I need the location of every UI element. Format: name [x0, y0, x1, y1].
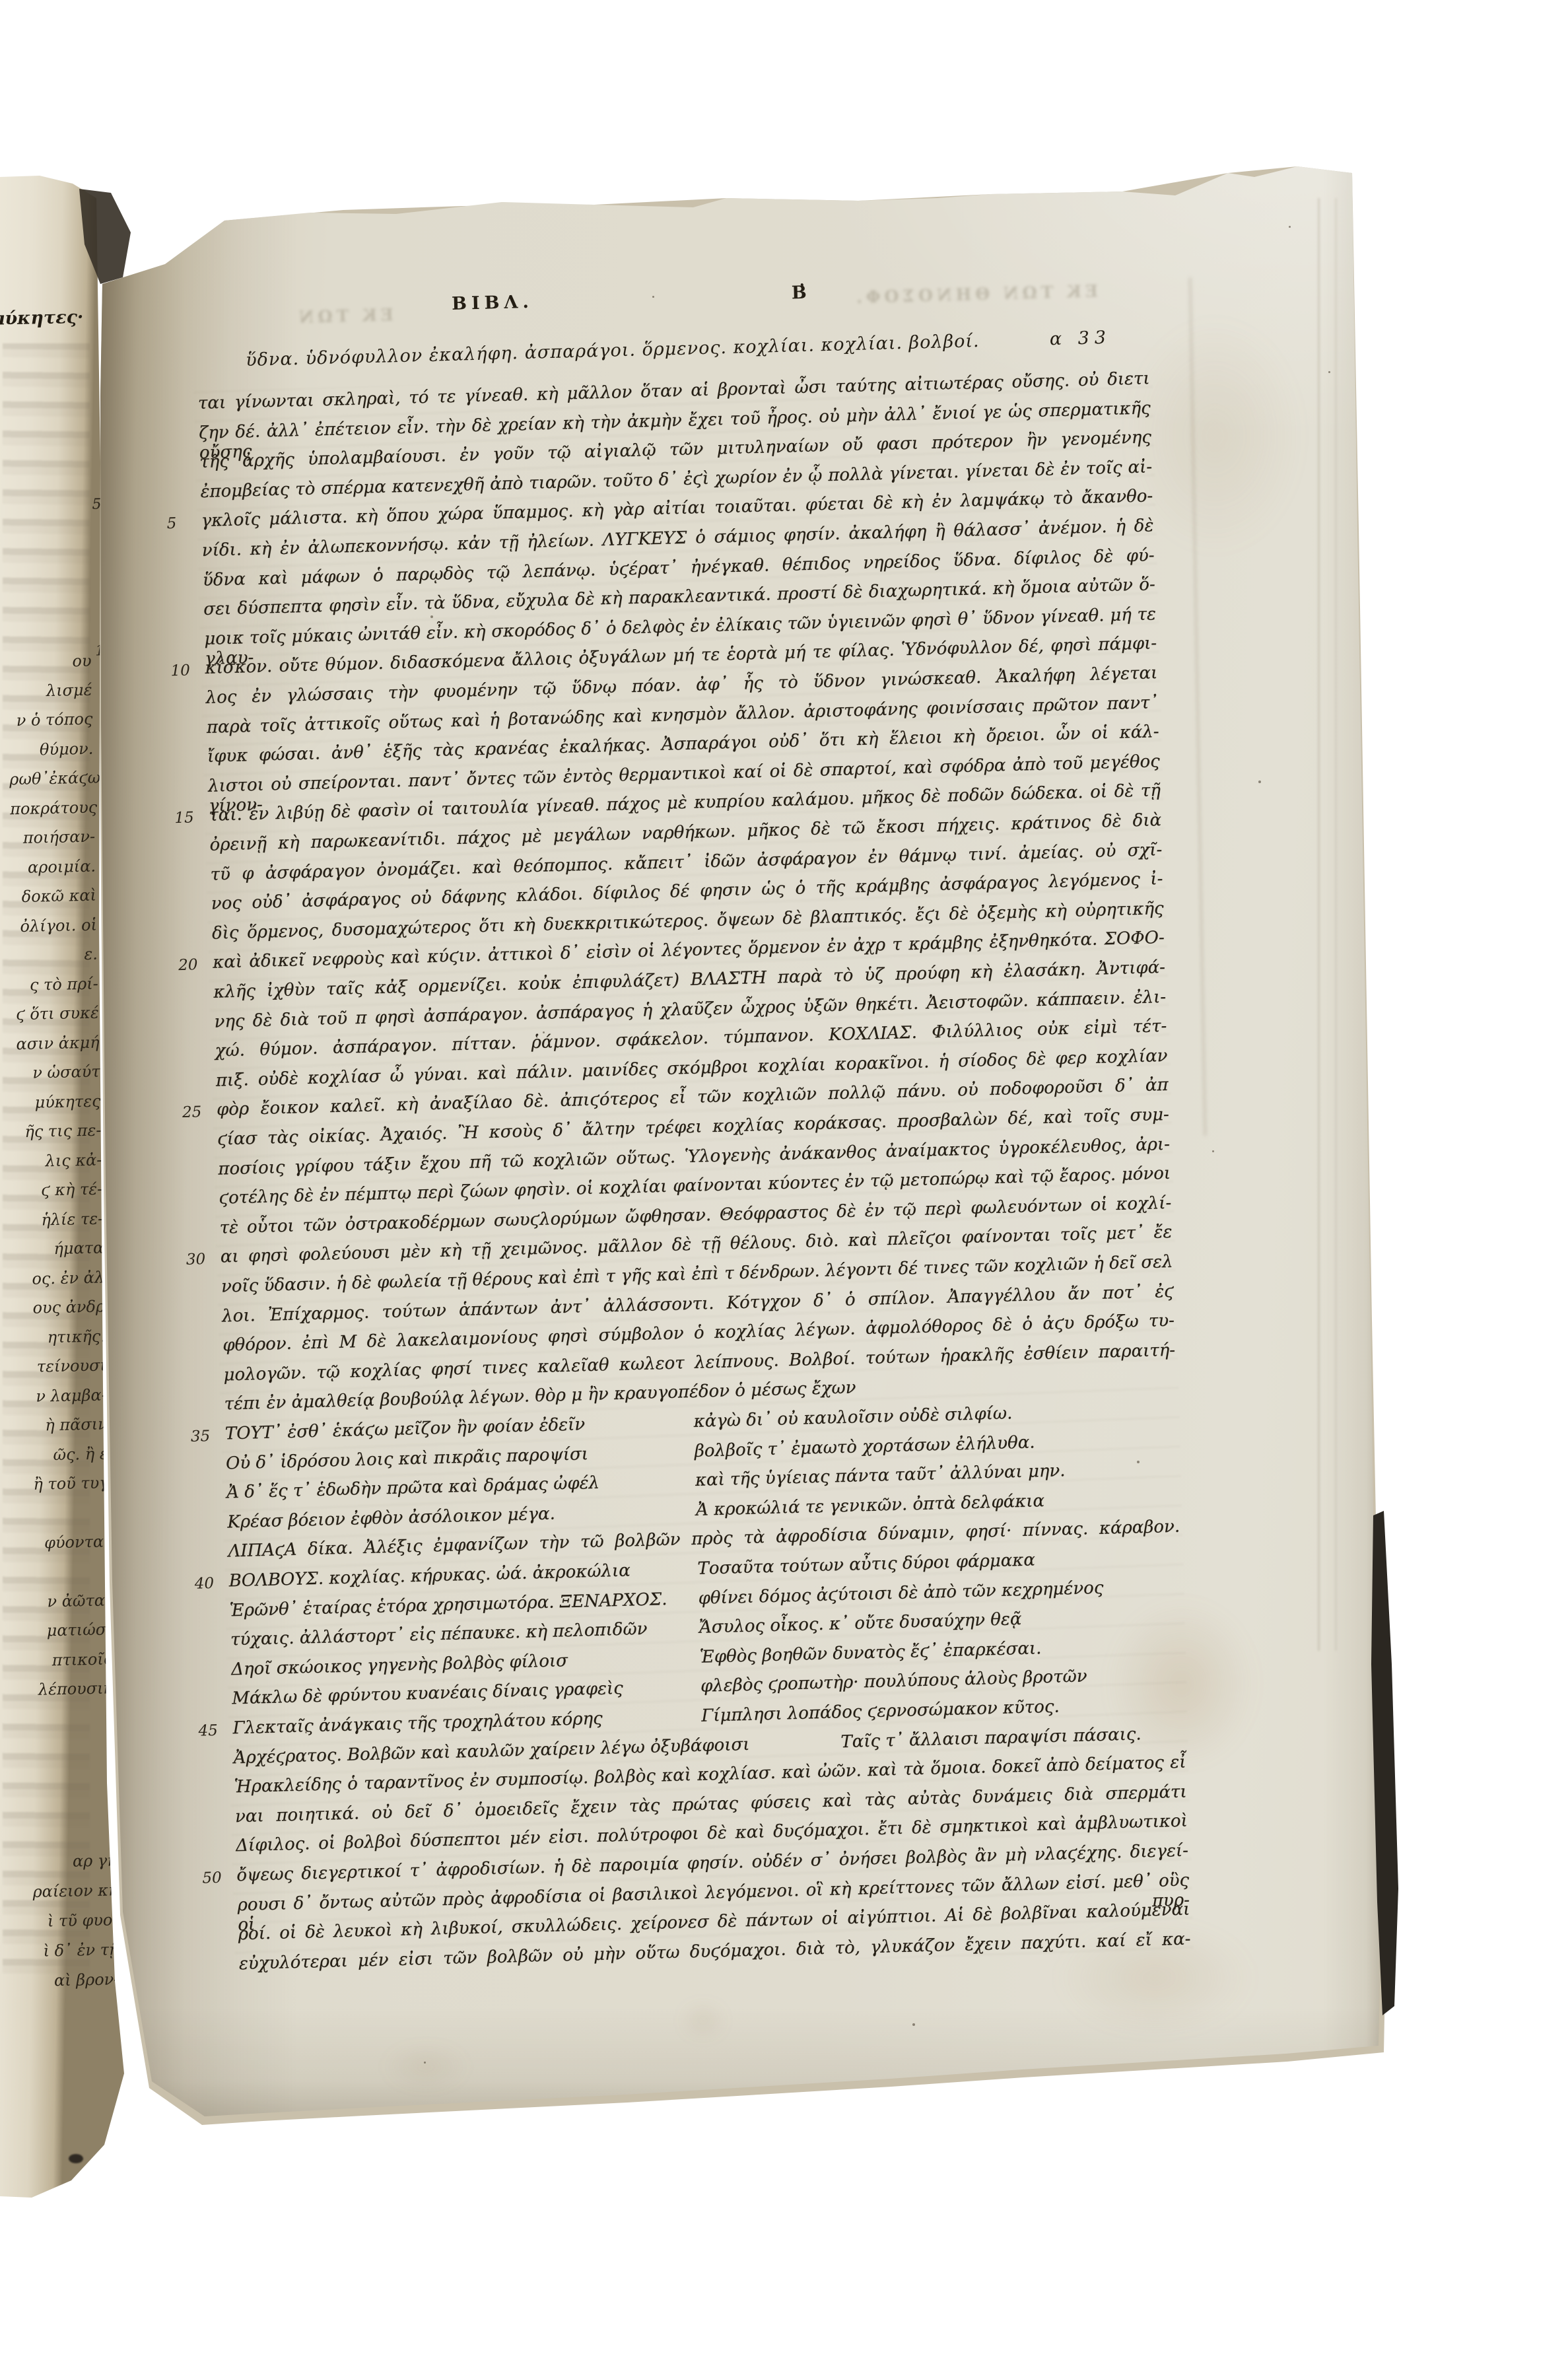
facing-line-number: 5	[92, 496, 102, 512]
facing-line-fragment: θύμον.	[9, 740, 94, 760]
ghost-running-title-right: ΕΚ ΤΩΝ ΘΗΝΟΣΟΦ.	[852, 281, 1099, 307]
ink-smudge	[69, 2154, 83, 2163]
facing-line-fragment: αροιμία.	[11, 857, 96, 878]
facing-line-fragment: ῶς. ἢ ἐ	[23, 1444, 108, 1465]
facing-line-fragment: ὶ δ᾽ ἐν τῇ	[34, 1940, 119, 1961]
margin-line-number: 20	[178, 956, 209, 974]
facing-line-fragment: ήματα	[19, 1238, 104, 1259]
facing-line-fragment: ὀλίγοι. οἱ	[13, 916, 98, 936]
page-edge-line	[1335, 198, 1337, 1651]
facing-line-fragment: λισμέ	[7, 681, 92, 701]
facing-line-fragment: ϛ ὅτι συκέ	[14, 1004, 99, 1024]
paper-speck	[1328, 371, 1330, 373]
facing-line-fragment: ν ὁ τόπος	[8, 710, 93, 730]
facing-line-fragment: ος. ἐν ἀλ	[20, 1268, 105, 1288]
paper-speck	[1212, 1150, 1214, 1152]
facing-line-fragment: ἢ τοῦ τυγ	[24, 1473, 109, 1494]
margin-line-number: 15	[174, 809, 205, 827]
recto-page: ΕΚ ΤΩΝ ΕΚ ΤΩΝ ΘΗΝΟΣΟΦ. ΒΙΒΛ. Β̓ ὕδνα. ὑδ…	[0, 0, 1568, 2364]
facing-line-fragment: ρωθ᾽ἐκάϛω	[9, 769, 94, 789]
facing-line-fragment: αρ γη	[32, 1851, 117, 1871]
margin-line-number: 10	[170, 662, 201, 679]
facing-line-fragment: ὴ πᾶσιν	[22, 1414, 108, 1435]
facing-line-fragment: ματιώσ-	[27, 1620, 112, 1640]
folio-signature: α 33	[1049, 328, 1111, 349]
facing-line-fragment: ὶ τῦ φυο-	[33, 1910, 118, 1931]
facing-line-fragment: ποκράτους	[10, 798, 95, 819]
paper-speck	[1289, 226, 1291, 228]
facing-line-fragment: ου	[7, 652, 92, 672]
facing-line-fragment: ν λαμβα-	[22, 1385, 108, 1406]
margin-line-number: 5	[166, 514, 197, 532]
facing-line-fragment: ν ἀῶται	[26, 1591, 112, 1611]
ghost-running-title-left: ΕΚ ΤΩΝ	[294, 305, 393, 327]
facing-line-fragment: δοκῶ καὶ	[12, 886, 97, 907]
facing-line-fragment: ε.	[13, 945, 98, 965]
running-title: ΒΙΒΛ.	[452, 292, 533, 314]
margin-line-number: 40	[194, 1575, 225, 1593]
margin-line-number: 25	[182, 1103, 213, 1121]
facing-line-fragment: ραίειον κὴ	[32, 1881, 118, 1901]
chapter-heading: ὕδνα. ὑδνόφυλλον ἐκαλήφη. ἀσπαράγοι. ὅρμ…	[246, 331, 980, 370]
facing-line-fragment: ους ἀνδρ	[20, 1297, 106, 1317]
facing-line-fragment: ς τὸ πρί-	[13, 975, 98, 995]
book-photo: μύκητες· ουλισμέν ὁ τόποςθύμον.ρωθ᾽ἐκάϛω…	[0, 0, 1568, 2364]
facing-line-fragment: αὶ βρον-	[34, 1970, 119, 1990]
book-number: Β̓	[792, 283, 812, 304]
facing-line-fragment: ἡλίε τε-	[18, 1209, 104, 1230]
facing-marginal-word: μύκητες·	[0, 307, 92, 330]
facing-line-fragment: φύονται	[25, 1532, 110, 1552]
margin-line-number: 45	[198, 1721, 229, 1739]
facing-line-fragment: ϛ κὴ τέ-	[18, 1180, 103, 1200]
facing-line-fragment: ῆς τις πε-	[17, 1121, 102, 1142]
margin-line-number: 35	[191, 1428, 222, 1445]
margin-line-number: 30	[186, 1251, 217, 1269]
margin-line-number: 50	[202, 1869, 233, 1887]
facing-line-fragment: λέπουσιν	[28, 1679, 114, 1699]
facing-line-fragment: ν ὡσαύτ	[15, 1062, 100, 1083]
facing-line-fragment: τείνουσι	[22, 1356, 107, 1376]
paper-speck	[1258, 781, 1261, 783]
facing-line-fragment: μύκητες	[16, 1092, 101, 1113]
facing-line-fragment: πτικοῖς	[28, 1650, 113, 1670]
facing-line-fragment: ασιν ἀκμή	[15, 1033, 100, 1054]
printed-text-block: ΕΚ ΤΩΝ ΕΚ ΤΩΝ ΘΗΝΟΣΟΦ. ΒΙΒΛ. Β̓ ὕδνα. ὑδ…	[187, 0, 1198, 2178]
facing-line-fragment: ητικῆς.	[21, 1327, 106, 1347]
facing-line-fragment: λις κἀ-	[17, 1151, 102, 1171]
facing-line-fragment: ποιήσαν-	[11, 827, 96, 848]
